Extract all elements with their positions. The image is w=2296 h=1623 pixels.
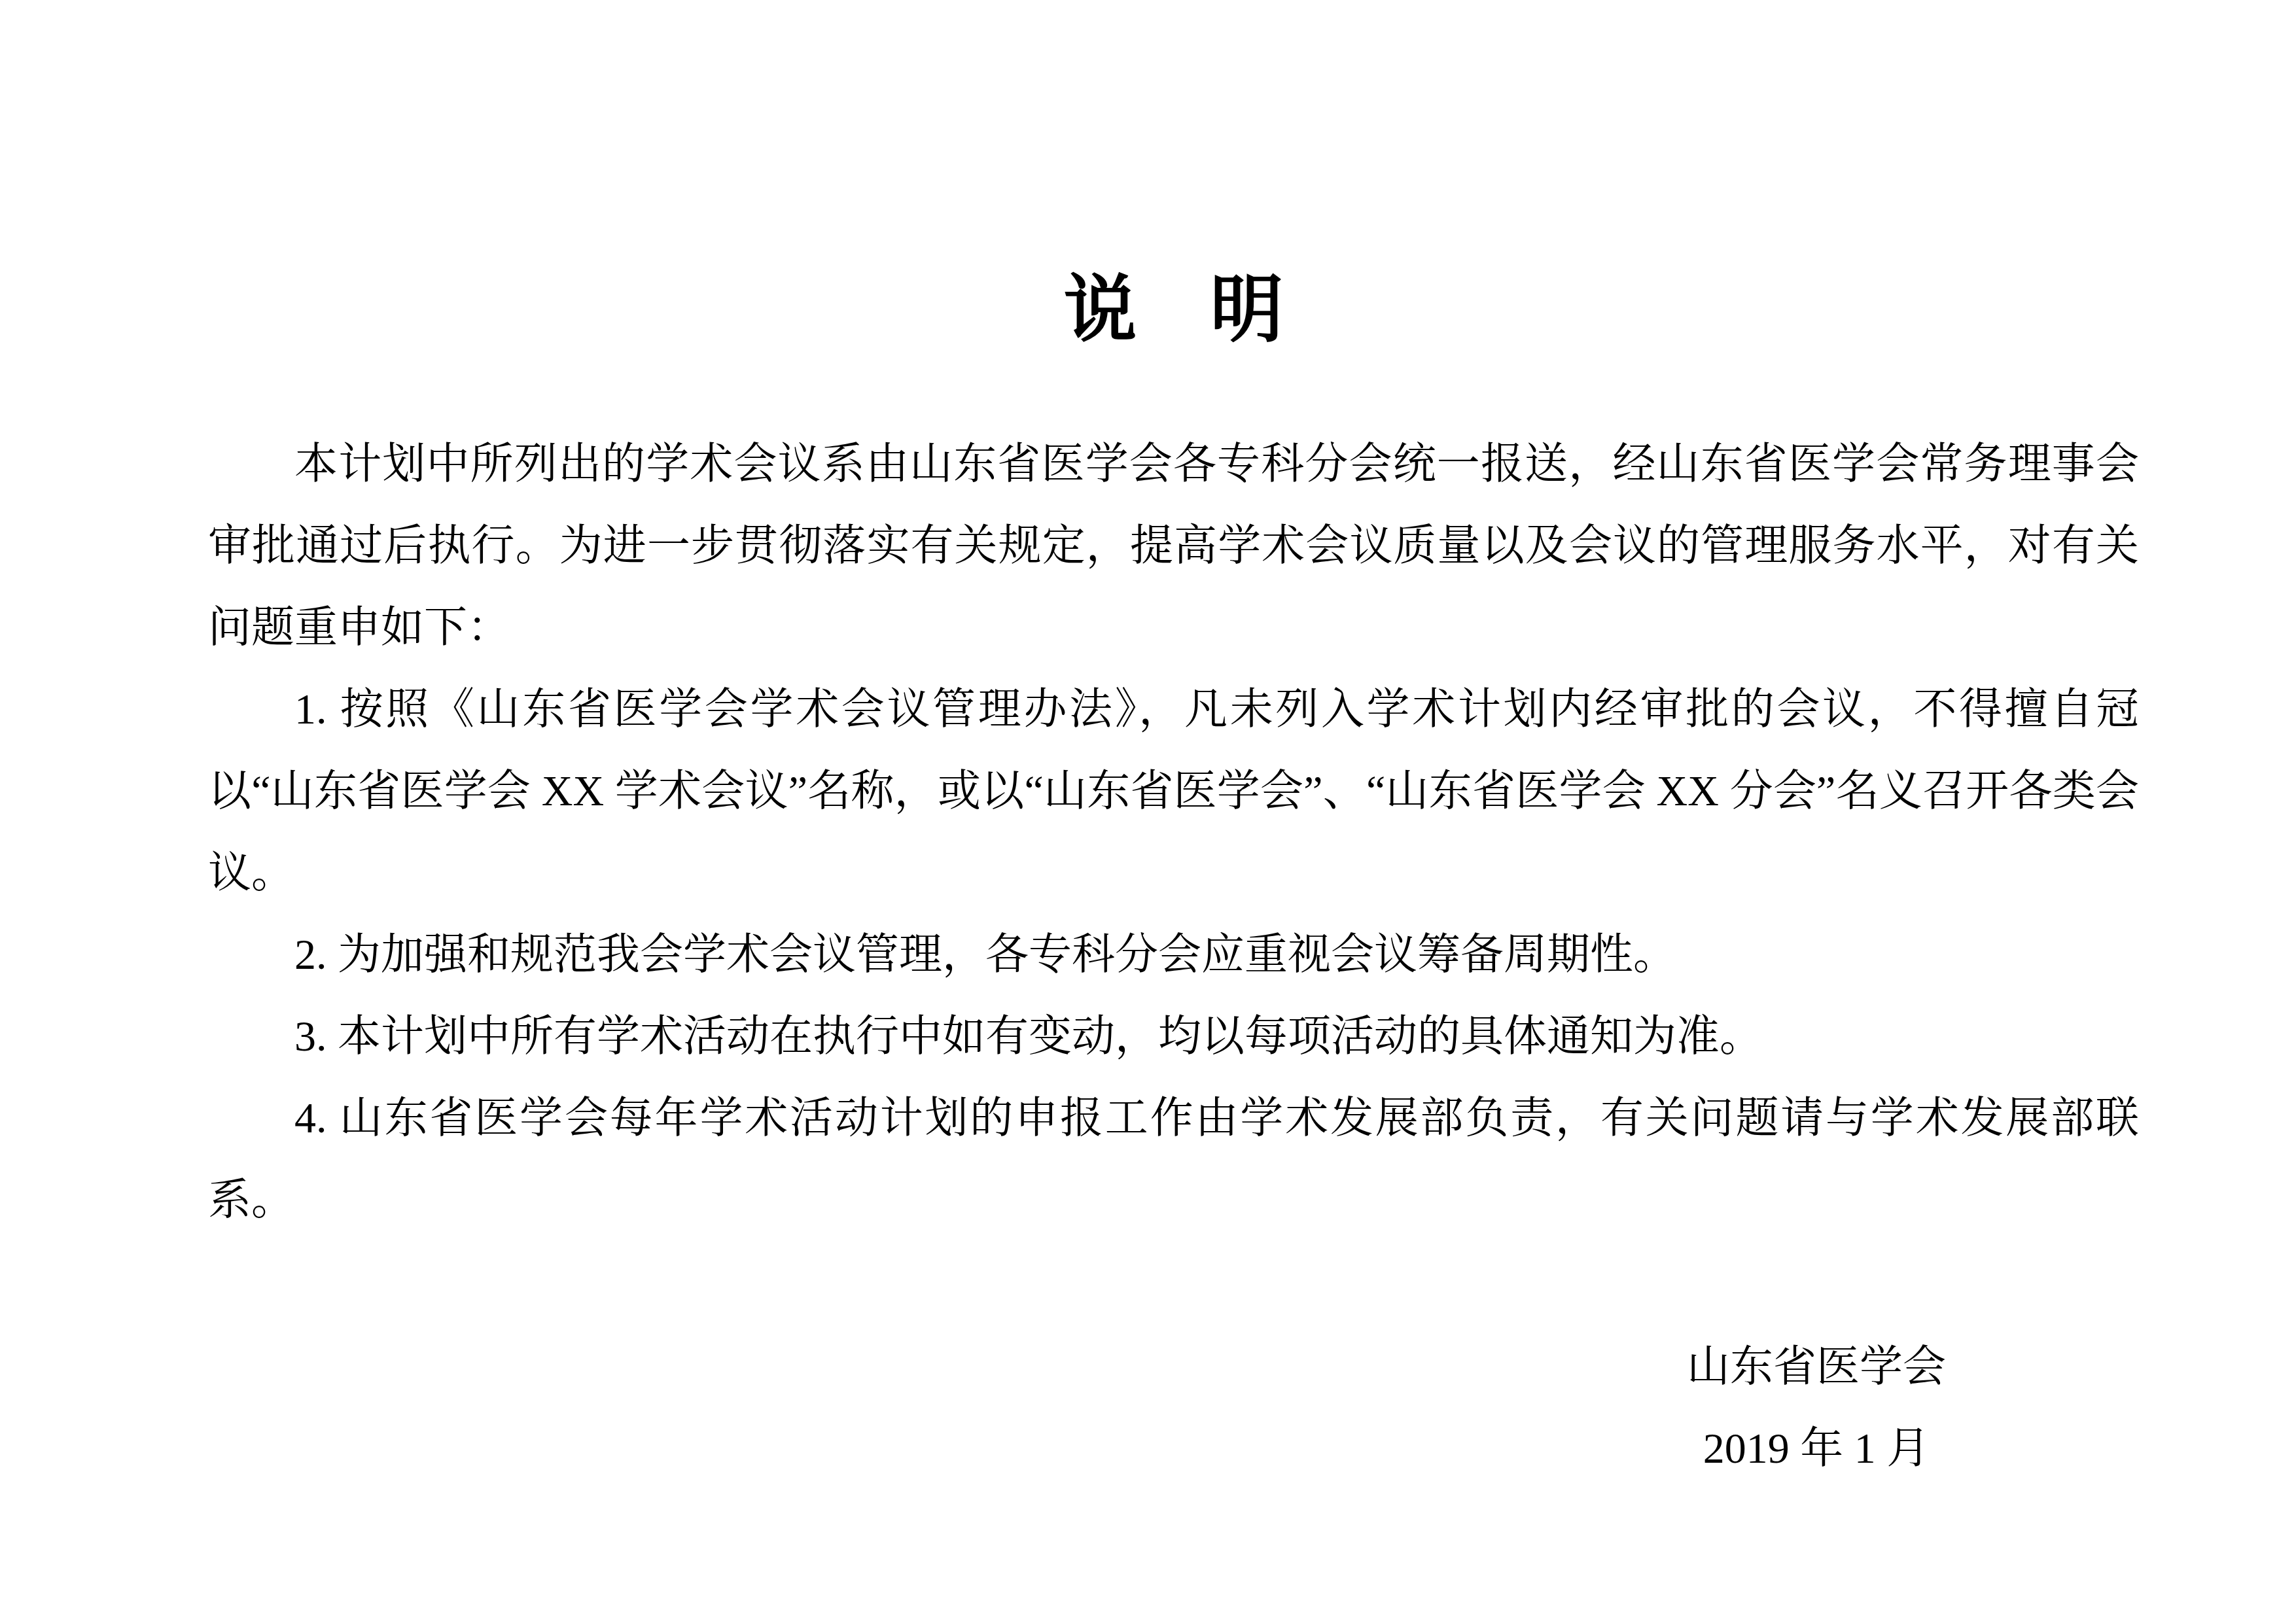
signature-block: 山东省医学会 2019 年 1 月 bbox=[1687, 1326, 1946, 1490]
signature-organization: 山东省医学会 bbox=[1687, 1326, 1946, 1408]
intro-paragraph: 本计划中所列出的学术会议系由山东省医学会各专科分会统一报送，经山东省医学会常务理… bbox=[208, 423, 2139, 669]
numbered-item-1: 1. 按照《山东省医学会学术会议管理办法》，凡未列入学术计划内经审批的会议，不得… bbox=[208, 669, 2139, 914]
numbered-item-3: 3. 本计划中所有学术活动在执行中如有变动，均以每项活动的具体通知为准。 bbox=[208, 996, 2139, 1077]
signature-date: 2019 年 1 月 bbox=[1687, 1408, 1946, 1490]
page-title: 说 明 bbox=[208, 267, 2139, 355]
numbered-item-2: 2. 为加强和规范我会学术会议管理，各专科分会应重视会议筹备周期性。 bbox=[208, 914, 2139, 996]
numbered-item-4: 4. 山东省医学会每年学术活动计划的申报工作由学术发展部负责，有关问题请与学术发… bbox=[208, 1077, 2139, 1241]
document-page: 说 明 本计划中所列出的学术会议系由山东省医学会各专科分会统一报送，经山东省医学… bbox=[0, 0, 2296, 1623]
